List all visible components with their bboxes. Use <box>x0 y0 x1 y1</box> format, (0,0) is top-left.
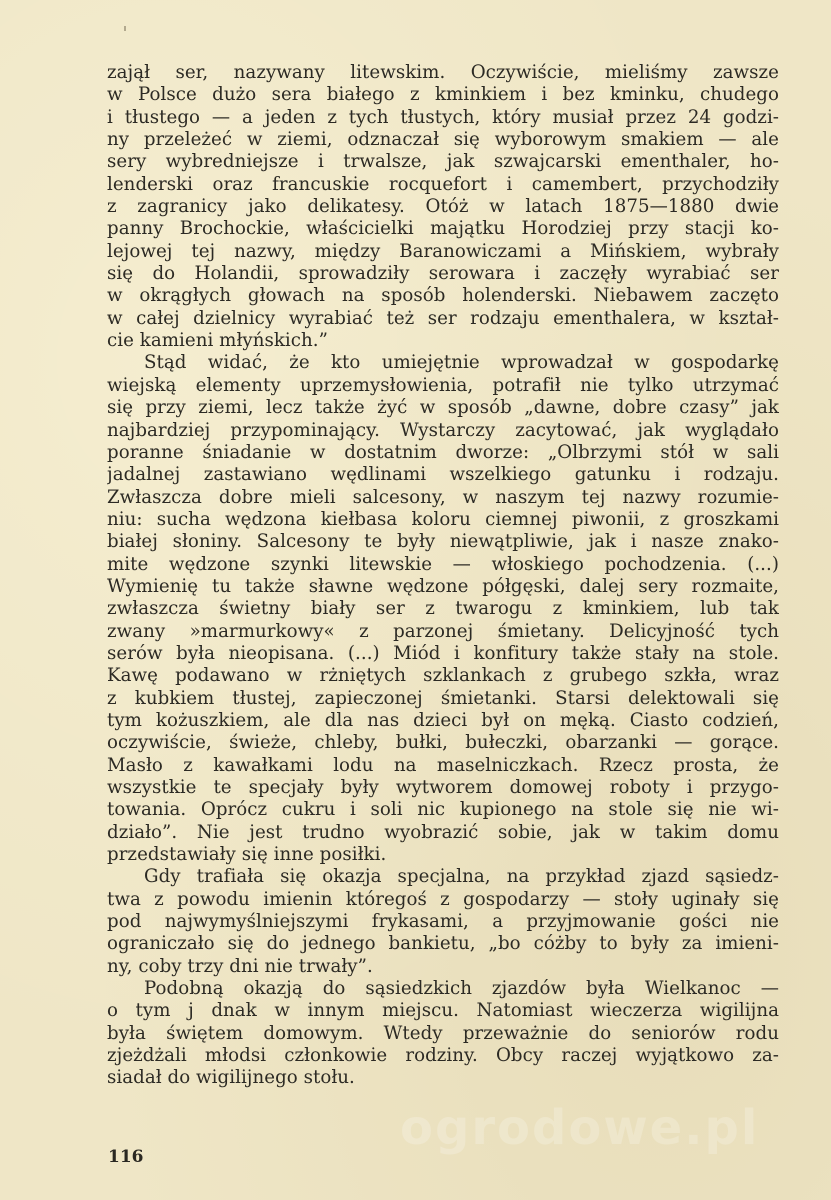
text-line: wiejską elementy uprzemysłowienia, potra… <box>107 375 779 397</box>
text-line: białej słoniny. Salcesony te były niewąt… <box>107 531 779 553</box>
text-line: i tłustego — a jeden z tych tłustych, kt… <box>107 107 779 129</box>
text-line: w całej dzielnicy wyrabiać też ser rodza… <box>107 308 779 330</box>
text-line: z zagranicy jako delikatesy. Otóż w lata… <box>107 196 779 218</box>
page-number: 116 <box>108 1147 144 1167</box>
text-line: zajął ser, nazywany litewskim. Oczywiści… <box>107 62 779 84</box>
text-line: poranne śniadanie w dostatnim dworze: „O… <box>107 442 779 464</box>
text-line: była świętem domowym. Wtedy przeważnie d… <box>107 1023 779 1045</box>
text-line: Zwłaszcza dobre mieli salcesony, w naszy… <box>107 487 779 509</box>
book-page: zajął ser, nazywany litewskim. Oczywiści… <box>0 0 831 1200</box>
text-line: mite wędzone szynki litewskie — włoskieg… <box>107 554 779 576</box>
paragraph-first-line: Stąd widać, że kto umiejętnie wprowadzał… <box>107 352 779 374</box>
scan-speck <box>124 26 126 31</box>
text-line: Wymienię tu także sławne wędzone półgęsk… <box>107 576 779 598</box>
body-text: zajął ser, nazywany litewskim. Oczywiści… <box>107 62 779 1090</box>
text-line: zwłaszcza świetny biały ser z twarogu z … <box>107 598 779 620</box>
text-line: panny Brochockie, właścicielki majątku H… <box>107 218 779 240</box>
text-line: z kubkiem tłustej, zapieczonej śmietanki… <box>107 688 779 710</box>
text-line: w okrągłych głowach na sposób holendersk… <box>107 285 779 307</box>
text-line: ograniczało się do jednego bankietu, „bo… <box>107 933 779 955</box>
text-line: ny, coby trzy dni nie trwały”. <box>107 956 779 978</box>
text-line: w Polsce dużo sera białego z kminkiem i … <box>107 84 779 106</box>
text-line: Kawę podawano w rżniętych szklankach z g… <box>107 665 779 687</box>
text-line: wszystkie te specjały były wytworem domo… <box>107 777 779 799</box>
text-line: lenderski oraz francuskie rocquefort i c… <box>107 174 779 196</box>
text-line: zwany »marmurkowy« z parzonej śmietany. … <box>107 621 779 643</box>
text-line: się przy ziemi, lecz także żyć w sposób … <box>107 397 779 419</box>
text-line: zjeżdżali młodsi członkowie rodziny. Obc… <box>107 1045 779 1067</box>
text-line: Masło z kawałkami lodu na maselniczkach.… <box>107 755 779 777</box>
text-line: działo”. Nie jest trudno wyobrazić sobie… <box>107 822 779 844</box>
text-line: jadalnej zastawiano wędlinami wszelkiego… <box>107 464 779 486</box>
text-line: ny przeleżeć w ziemi, odznaczał się wybo… <box>107 129 779 151</box>
text-line: serów była nieopisana. (...) Miód i konf… <box>107 643 779 665</box>
watermark: ogrodowe.pl <box>400 1100 759 1156</box>
text-line: tym kożuszkiem, ale dla nas dzieci był o… <box>107 710 779 732</box>
text-line: najbardziej przypominający. Wystarczy za… <box>107 420 779 442</box>
text-line: niu: sucha wędzona kiełbasa koloru ciemn… <box>107 509 779 531</box>
text-line: lejowej tej nazwy, między Baranowiczami … <box>107 241 779 263</box>
text-line: pod najwymyślniejszymi frykasami, a przy… <box>107 911 779 933</box>
text-line: się do Holandii, sprowadziły serowara i … <box>107 263 779 285</box>
text-line: o tym j dnak w innym miejscu. Natomiast … <box>107 1000 779 1022</box>
text-line: oczywiście, świeże, chleby, bułki, bułec… <box>107 732 779 754</box>
paragraph-first-line: Gdy trafiała się okazja specjalna, na pr… <box>107 866 779 888</box>
paragraph-first-line: Podobną okazją do sąsiedzkich zjazdów by… <box>107 978 779 1000</box>
text-line: towania. Oprócz cukru i soli nic kupione… <box>107 799 779 821</box>
text-line: cie kamieni młyńskich.” <box>107 330 779 352</box>
text-line: sery wybredniejsze i trwalsze, jak szwaj… <box>107 151 779 173</box>
text-line: twa z powodu imienin któregoś z gospodar… <box>107 889 779 911</box>
text-line: siadał do wigilijnego stołu. <box>107 1067 779 1089</box>
text-line: przedstawiały się inne posiłki. <box>107 844 779 866</box>
